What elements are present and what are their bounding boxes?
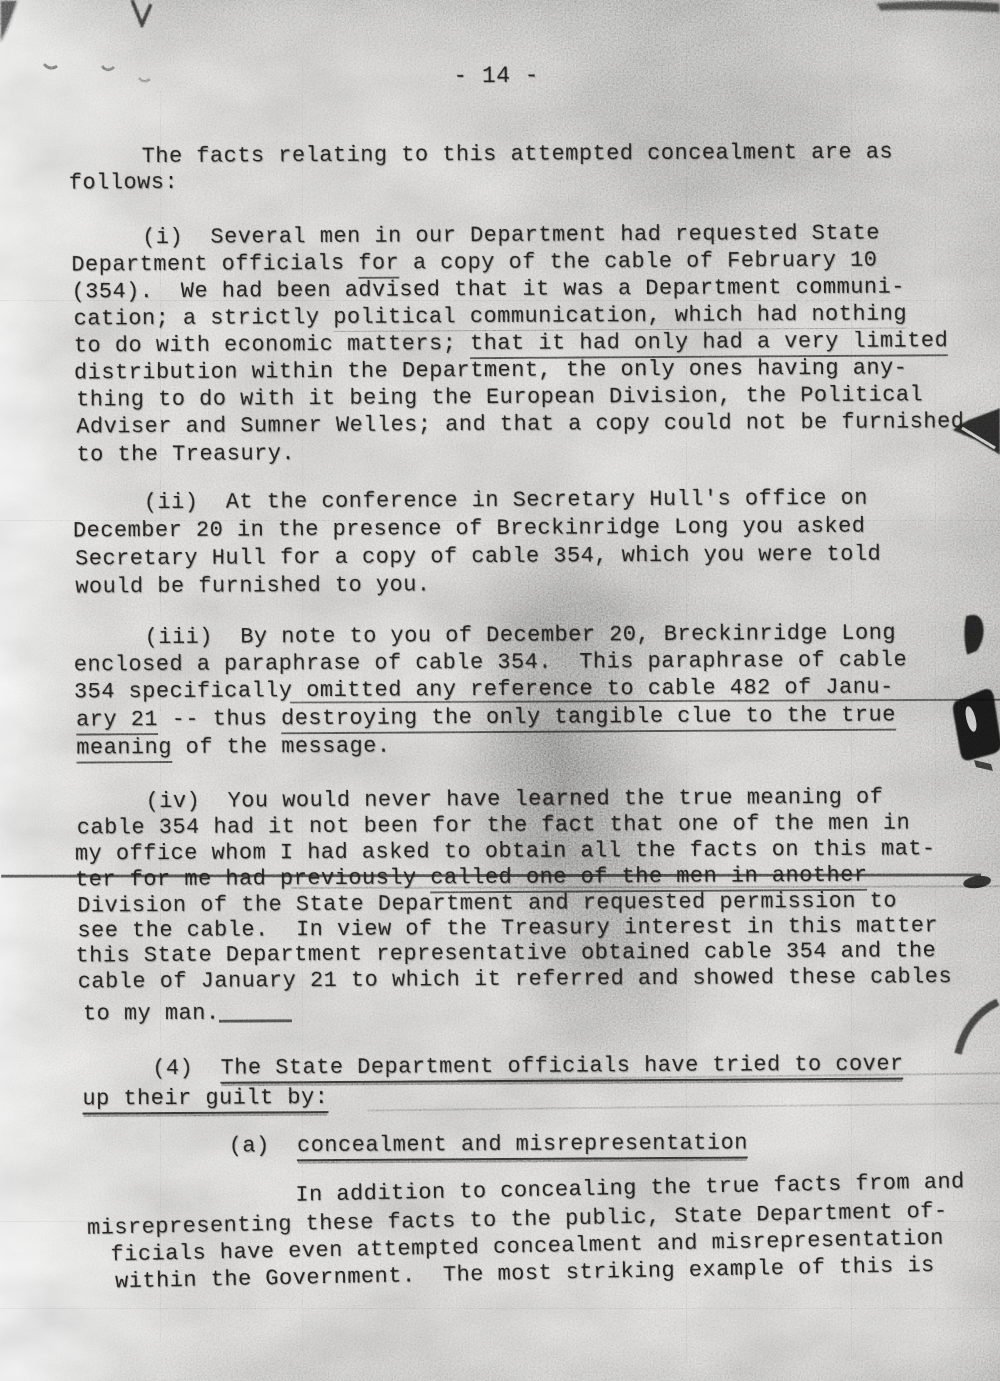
skewed-paragraph: In addition to concealing the true facts… [0, 0, 1000, 1381]
scanned-document-page: - 14 - The facts relating to this attemp… [0, 0, 1000, 1381]
typewritten-text-layer: - 14 - The facts relating to this attemp… [0, 0, 1000, 1381]
